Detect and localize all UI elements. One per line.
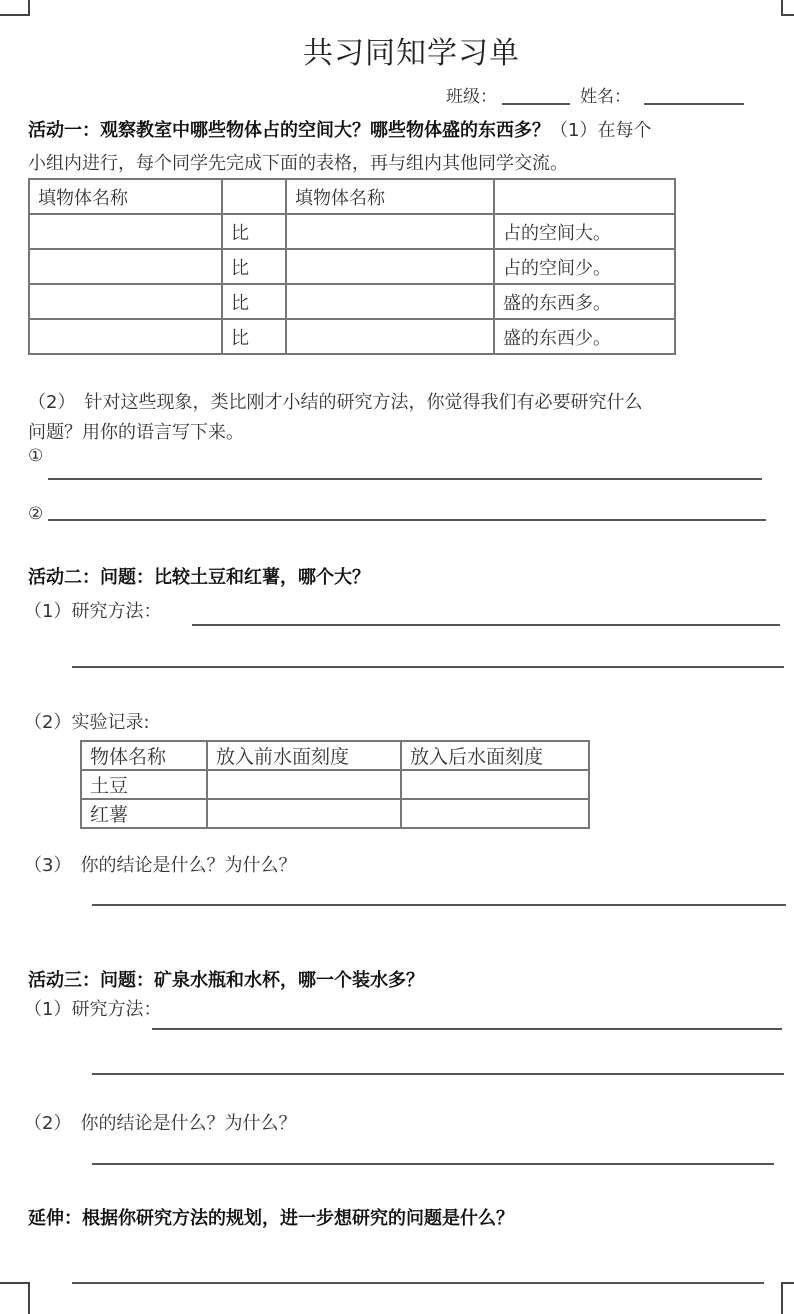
experiment-record-table: 物体名称 放入前水面刻度 放入后水面刻度 土豆 红薯 <box>80 740 590 829</box>
corner-mark-top-left <box>0 0 30 16</box>
table-row: 比 盛的东西多。 <box>29 284 675 319</box>
activity2-heading: 活动二：问题：比较土豆和红薯，哪个大？ <box>28 563 370 589</box>
compare-cell: 比 <box>222 319 286 354</box>
result-cell: 盛的东西少。 <box>494 319 675 354</box>
activity2-method-line-1[interactable] <box>192 624 780 626</box>
activity1-intro-part1: （1）在每个 <box>550 120 651 141</box>
answer-line-1[interactable] <box>48 478 762 480</box>
answer-line-2[interactable] <box>48 519 766 521</box>
activity3-conclusion-line[interactable] <box>92 1163 774 1165</box>
corner-mark-bottom-left <box>0 1282 30 1314</box>
table-header-row: 物体名称 放入前水面刻度 放入后水面刻度 <box>81 741 589 770</box>
activity3-q2-label: （2） 你的结论是什么？为什么？ <box>24 1109 296 1135</box>
corner-mark-top-right <box>781 0 794 16</box>
activity2-q1-label: （1）研究方法： <box>24 597 161 623</box>
header-cell: 放入前水面刻度 <box>207 741 401 770</box>
corner-mark-bottom-right <box>781 1282 794 1314</box>
activity1-title: 活动一：观察教室中哪些物体占的空间大？哪些物体盛的东西多？ <box>28 120 550 141</box>
answer-marker-2: ② <box>28 504 43 524</box>
header-cell: 填物体名称 <box>29 179 222 214</box>
object-input-cell[interactable] <box>29 319 222 354</box>
comparison-table: 填物体名称 填物体名称 比 占的空间大。 比 占的空间少。 比 盛的东西多。 比… <box>28 178 676 355</box>
extension-answer-line[interactable] <box>72 1282 764 1284</box>
name-label: 姓名： <box>580 82 631 107</box>
activity3-q1-label: （1）研究方法： <box>24 995 161 1021</box>
header-cell <box>222 179 286 214</box>
header-cell: 物体名称 <box>81 741 207 770</box>
activity2-q3-label: （3） 你的结论是什么？为什么？ <box>24 851 296 877</box>
extension-heading: 延伸：根据你研究方法的规划，进一步想研究的问题是什么？ <box>28 1204 514 1230</box>
before-level-input-cell[interactable] <box>207 799 401 828</box>
table-header-row: 填物体名称 填物体名称 <box>29 179 675 214</box>
header-cell <box>494 179 675 214</box>
object-input-cell[interactable] <box>29 214 222 249</box>
header-cell: 放入后水面刻度 <box>401 741 589 770</box>
compare-cell: 比 <box>222 214 286 249</box>
page-title: 共习同知学习单 <box>303 28 520 72</box>
before-level-input-cell[interactable] <box>207 770 401 799</box>
result-cell: 盛的东西多。 <box>494 284 675 319</box>
after-level-input-cell[interactable] <box>401 799 589 828</box>
table-row: 比 盛的东西少。 <box>29 319 675 354</box>
object-name-cell: 土豆 <box>81 770 207 799</box>
after-level-input-cell[interactable] <box>401 770 589 799</box>
activity2-q2-label: （2）实验记录: <box>24 708 150 734</box>
activity1-intro-line2: 小组内进行，每个同学先完成下面的表格，再与组内其他同学交流。 <box>28 149 568 175</box>
table-row: 红薯 <box>81 799 589 828</box>
class-label: 班级： <box>446 82 497 107</box>
activity1-heading: 活动一：观察教室中哪些物体占的空间大？哪些物体盛的东西多？（1）在每个 <box>28 116 651 142</box>
answer-marker-1: ① <box>28 446 43 466</box>
table-row: 比 占的空间少。 <box>29 249 675 284</box>
activity3-method-line-1[interactable] <box>152 1028 782 1030</box>
object-input-cell[interactable] <box>286 319 494 354</box>
header-cell: 填物体名称 <box>286 179 494 214</box>
activity3-method-line-2[interactable] <box>92 1073 784 1075</box>
class-input-line[interactable] <box>502 103 570 105</box>
activity1-q2-line1: （2） 针对这些现象，类比刚才小结的研究方法，你觉得我们有必要研究什么 <box>28 388 642 414</box>
activity1-q2-line2: 问题？用你的语言写下来。 <box>28 418 244 444</box>
name-input-line[interactable] <box>644 103 744 105</box>
object-input-cell[interactable] <box>286 284 494 319</box>
object-input-cell[interactable] <box>286 214 494 249</box>
result-cell: 占的空间少。 <box>494 249 675 284</box>
object-name-cell: 红薯 <box>81 799 207 828</box>
compare-cell: 比 <box>222 249 286 284</box>
compare-cell: 比 <box>222 284 286 319</box>
object-input-cell[interactable] <box>29 249 222 284</box>
activity2-conclusion-line[interactable] <box>92 904 786 906</box>
activity3-heading: 活动三：问题：矿泉水瓶和水杯，哪一个装水多？ <box>28 966 424 992</box>
object-input-cell[interactable] <box>29 284 222 319</box>
result-cell: 占的空间大。 <box>494 214 675 249</box>
object-input-cell[interactable] <box>286 249 494 284</box>
activity2-method-line-2[interactable] <box>72 666 784 668</box>
table-row: 土豆 <box>81 770 589 799</box>
table-row: 比 占的空间大。 <box>29 214 675 249</box>
